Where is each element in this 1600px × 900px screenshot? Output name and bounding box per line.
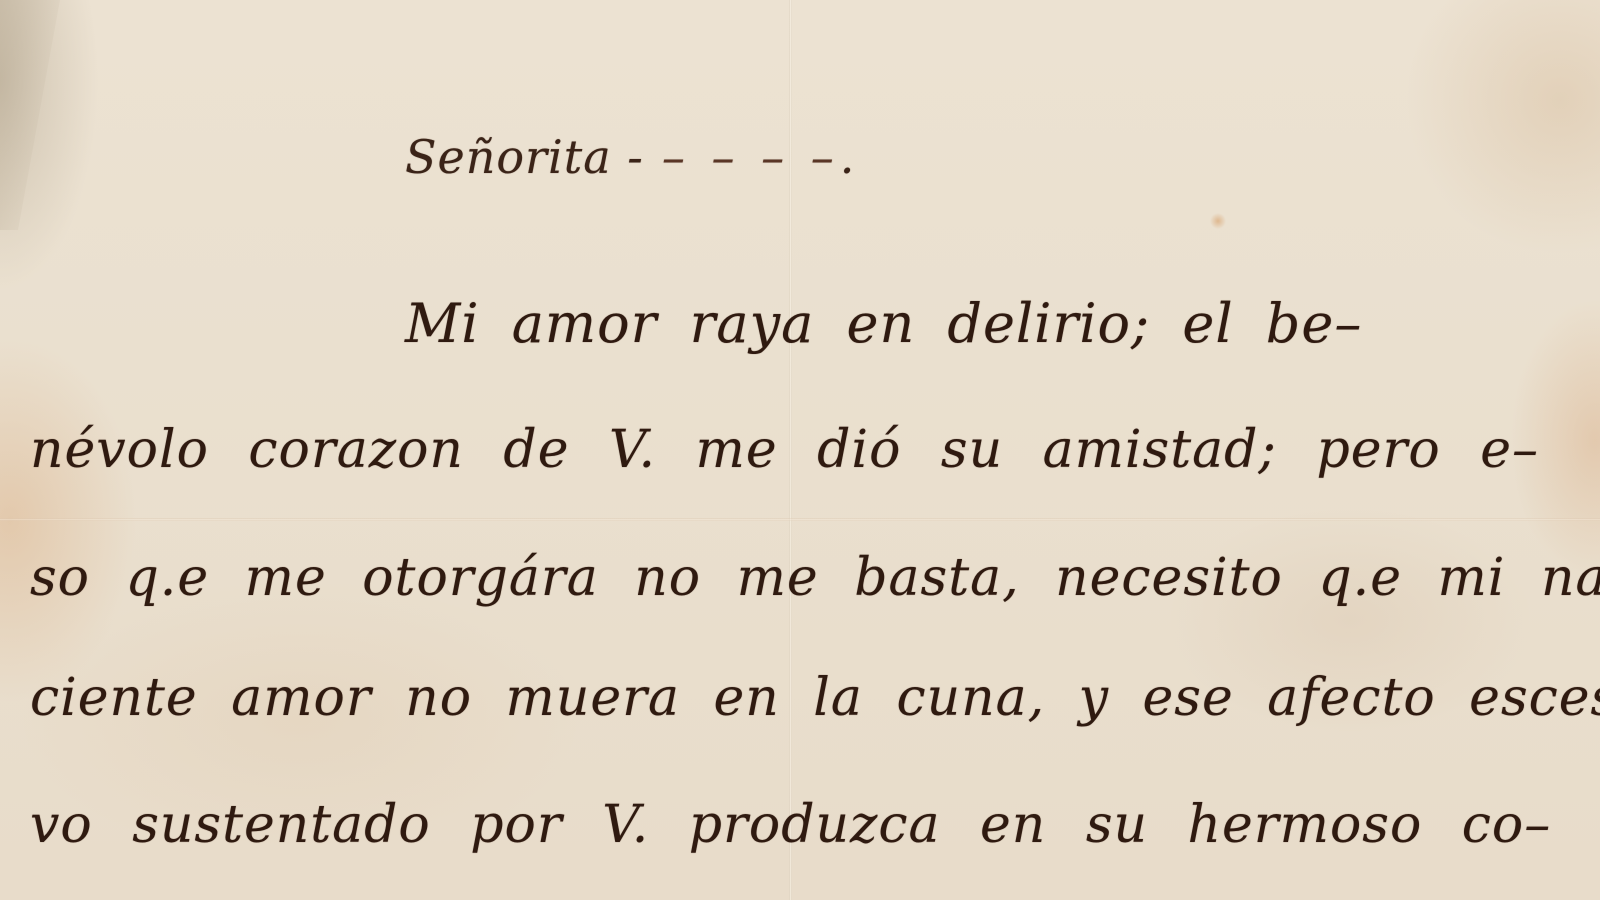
blank-name: – – – – bbox=[662, 130, 840, 184]
letter-line-1: Mi amor raya en delirio; el be– bbox=[405, 292, 1362, 355]
letter-line-3: so q.e me otorgára no me basta, necesito… bbox=[30, 548, 1600, 608]
torn-edge bbox=[0, 0, 60, 230]
letter-line-5: vo sustentado por V. produzca en su herm… bbox=[30, 795, 1551, 855]
letter-line-2: névolo corazon de V. me dió su amistad; … bbox=[30, 420, 1539, 480]
salutation: Señorita -– – – –. bbox=[405, 130, 855, 184]
salutation-text: Señorita - bbox=[405, 130, 644, 184]
letter-page: Señorita -– – – –. Mi amor raya en delir… bbox=[0, 0, 1600, 900]
letter-line-4: ciente amor no muera en la cuna, y ese a… bbox=[30, 668, 1600, 728]
horizontal-fold-line bbox=[0, 518, 1600, 521]
salutation-end: . bbox=[840, 130, 856, 184]
